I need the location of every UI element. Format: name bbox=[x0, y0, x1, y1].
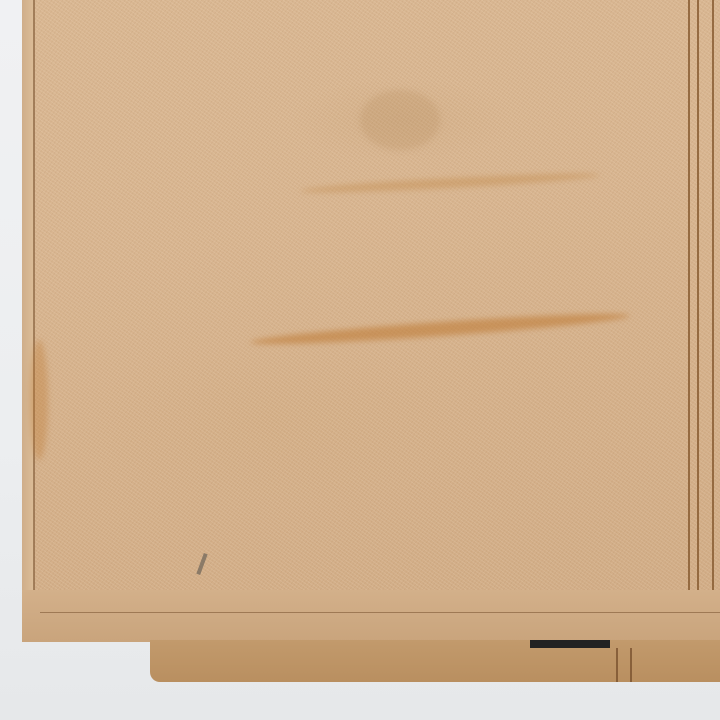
left-side-seam bbox=[33, 0, 35, 590]
band-stitch-line bbox=[616, 648, 618, 682]
band-stitch-line bbox=[630, 648, 632, 682]
canvas-fabric bbox=[22, 0, 720, 642]
waistband-fold bbox=[150, 640, 720, 682]
placket-stitch-line bbox=[688, 0, 690, 620]
edge-stain bbox=[30, 340, 48, 460]
placket-stitch-line bbox=[712, 0, 714, 620]
hem-stitch-line bbox=[40, 612, 720, 613]
placket-stitch-line bbox=[697, 0, 699, 620]
faint-stain bbox=[360, 90, 440, 150]
bottom-hem bbox=[22, 590, 720, 642]
black-lining bbox=[530, 640, 610, 648]
fabric-weave-texture bbox=[22, 0, 720, 642]
